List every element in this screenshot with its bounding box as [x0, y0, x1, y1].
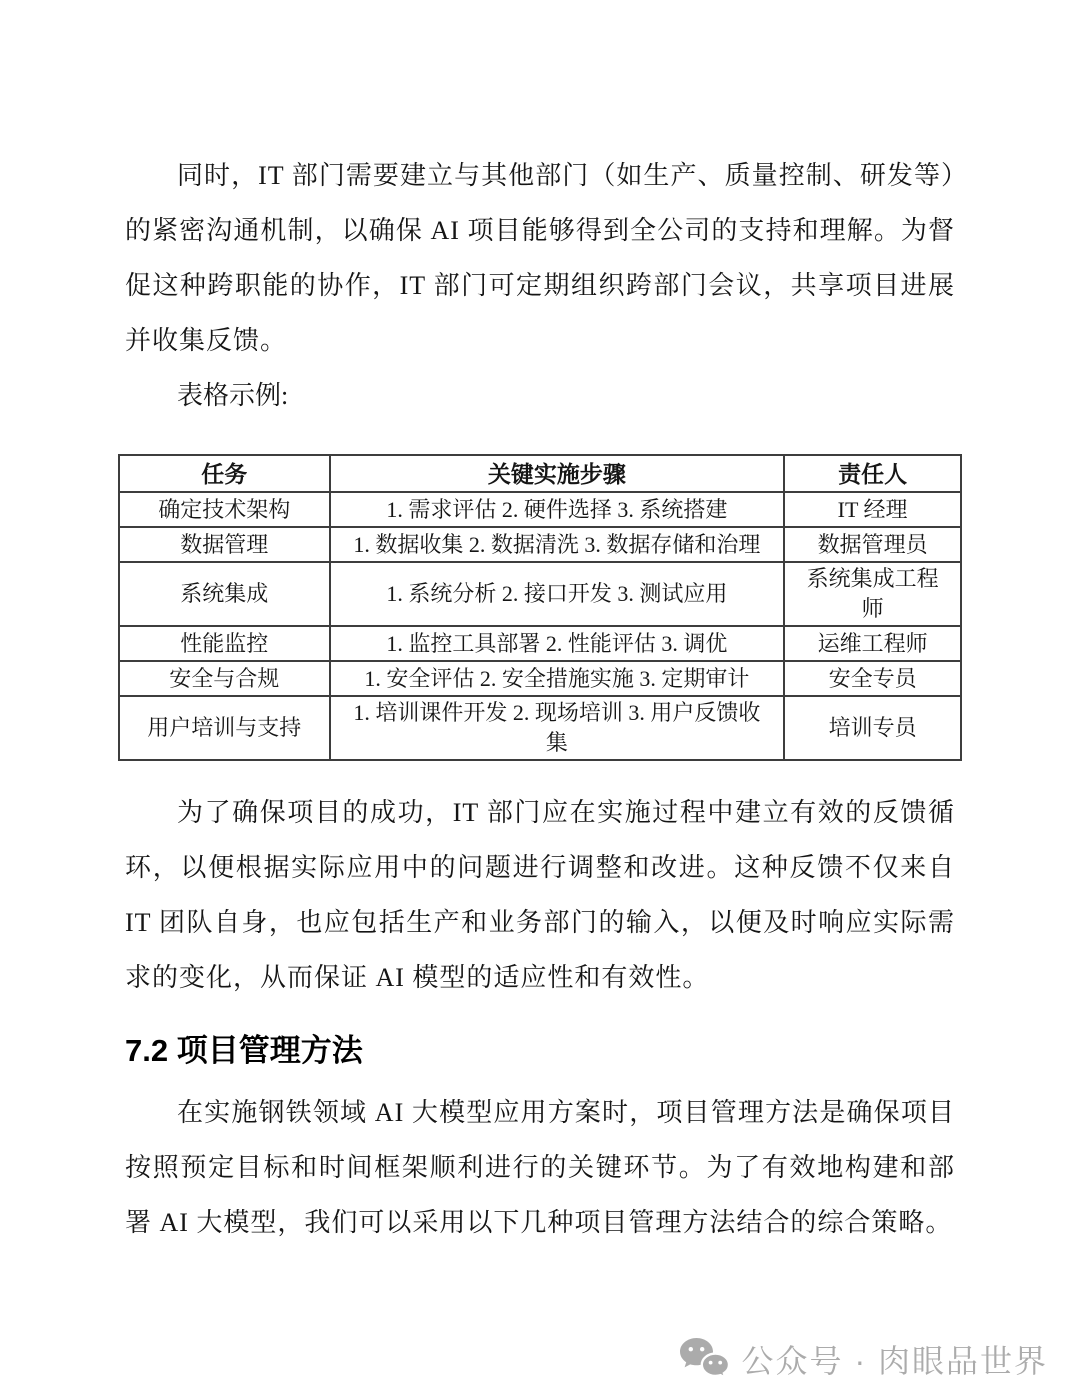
- cell-steps: 1. 系统分析 2. 接口开发 3. 测试应用: [330, 562, 785, 626]
- table-row: 数据管理 1. 数据收集 2. 数据清洗 3. 数据存储和治理 数据管理员: [119, 527, 961, 562]
- table-header-row: 任务 关键实施步骤 责任人: [119, 455, 961, 492]
- cell-owner: 数据管理员: [784, 527, 961, 562]
- document-page: 同时，IT 部门需要建立与其他部门（如生产、质量控制、研发等）的紧密沟通机制，以…: [0, 0, 1080, 1398]
- cell-steps: 1. 需求评估 2. 硬件选择 3. 系统搭建: [330, 492, 785, 527]
- table-caption: 表格示例:: [125, 368, 955, 423]
- cell-steps: 1. 安全评估 2. 安全措施实施 3. 定期审计: [330, 661, 785, 696]
- table-row: 安全与合规 1. 安全评估 2. 安全措施实施 3. 定期审计 安全专员: [119, 661, 961, 696]
- table-row: 确定技术架构 1. 需求评估 2. 硬件选择 3. 系统搭建 IT 经理: [119, 492, 961, 527]
- watermark: 公众号 · 肉眼品世界: [678, 1336, 1048, 1382]
- paragraph-it-communication: 同时，IT 部门需要建立与其他部门（如生产、质量控制、研发等）的紧密沟通机制，以…: [125, 148, 955, 368]
- page-content: 同时，IT 部门需要建立与其他部门（如生产、质量控制、研发等）的紧密沟通机制，以…: [0, 0, 1080, 1250]
- watermark-text: 公众号 · 肉眼品世界: [742, 1336, 1048, 1382]
- cell-owner: IT 经理: [784, 492, 961, 527]
- paragraph-project-management: 在实施钢铁领域 AI 大模型应用方案时，项目管理方法是确保项目按照预定目标和时间…: [125, 1085, 955, 1250]
- cell-task: 确定技术架构: [119, 492, 330, 527]
- cell-owner: 系统集成工程师: [784, 562, 961, 626]
- table-row: 用户培训与支持 1. 培训课件开发 2. 现场培训 3. 用户反馈收集 培训专员: [119, 696, 961, 760]
- cell-task: 用户培训与支持: [119, 696, 330, 760]
- column-header-steps: 关键实施步骤: [330, 455, 785, 492]
- cell-owner: 运维工程师: [784, 626, 961, 661]
- cell-steps: 1. 培训课件开发 2. 现场培训 3. 用户反馈收集: [330, 696, 785, 760]
- paragraph-feedback-loop: 为了确保项目的成功，IT 部门应在实施过程中建立有效的反馈循环，以便根据实际应用…: [125, 785, 955, 1005]
- column-header-owner: 责任人: [784, 455, 961, 492]
- cell-task: 系统集成: [119, 562, 330, 626]
- column-header-task: 任务: [119, 455, 330, 492]
- section-heading-7-2: 7.2 项目管理方法: [125, 1030, 955, 1072]
- cell-task: 性能监控: [119, 626, 330, 661]
- implementation-steps-table: 任务 关键实施步骤 责任人 确定技术架构 1. 需求评估 2. 硬件选择 3. …: [118, 454, 962, 761]
- cell-owner: 培训专员: [784, 696, 961, 760]
- cell-task: 安全与合规: [119, 661, 330, 696]
- cell-steps: 1. 数据收集 2. 数据清洗 3. 数据存储和治理: [330, 527, 785, 562]
- wechat-icon: [678, 1336, 730, 1382]
- table-row: 性能监控 1. 监控工具部署 2. 性能评估 3. 调优 运维工程师: [119, 626, 961, 661]
- cell-steps: 1. 监控工具部署 2. 性能评估 3. 调优: [330, 626, 785, 661]
- table-row: 系统集成 1. 系统分析 2. 接口开发 3. 测试应用 系统集成工程师: [119, 562, 961, 626]
- cell-owner: 安全专员: [784, 661, 961, 696]
- cell-task: 数据管理: [119, 527, 330, 562]
